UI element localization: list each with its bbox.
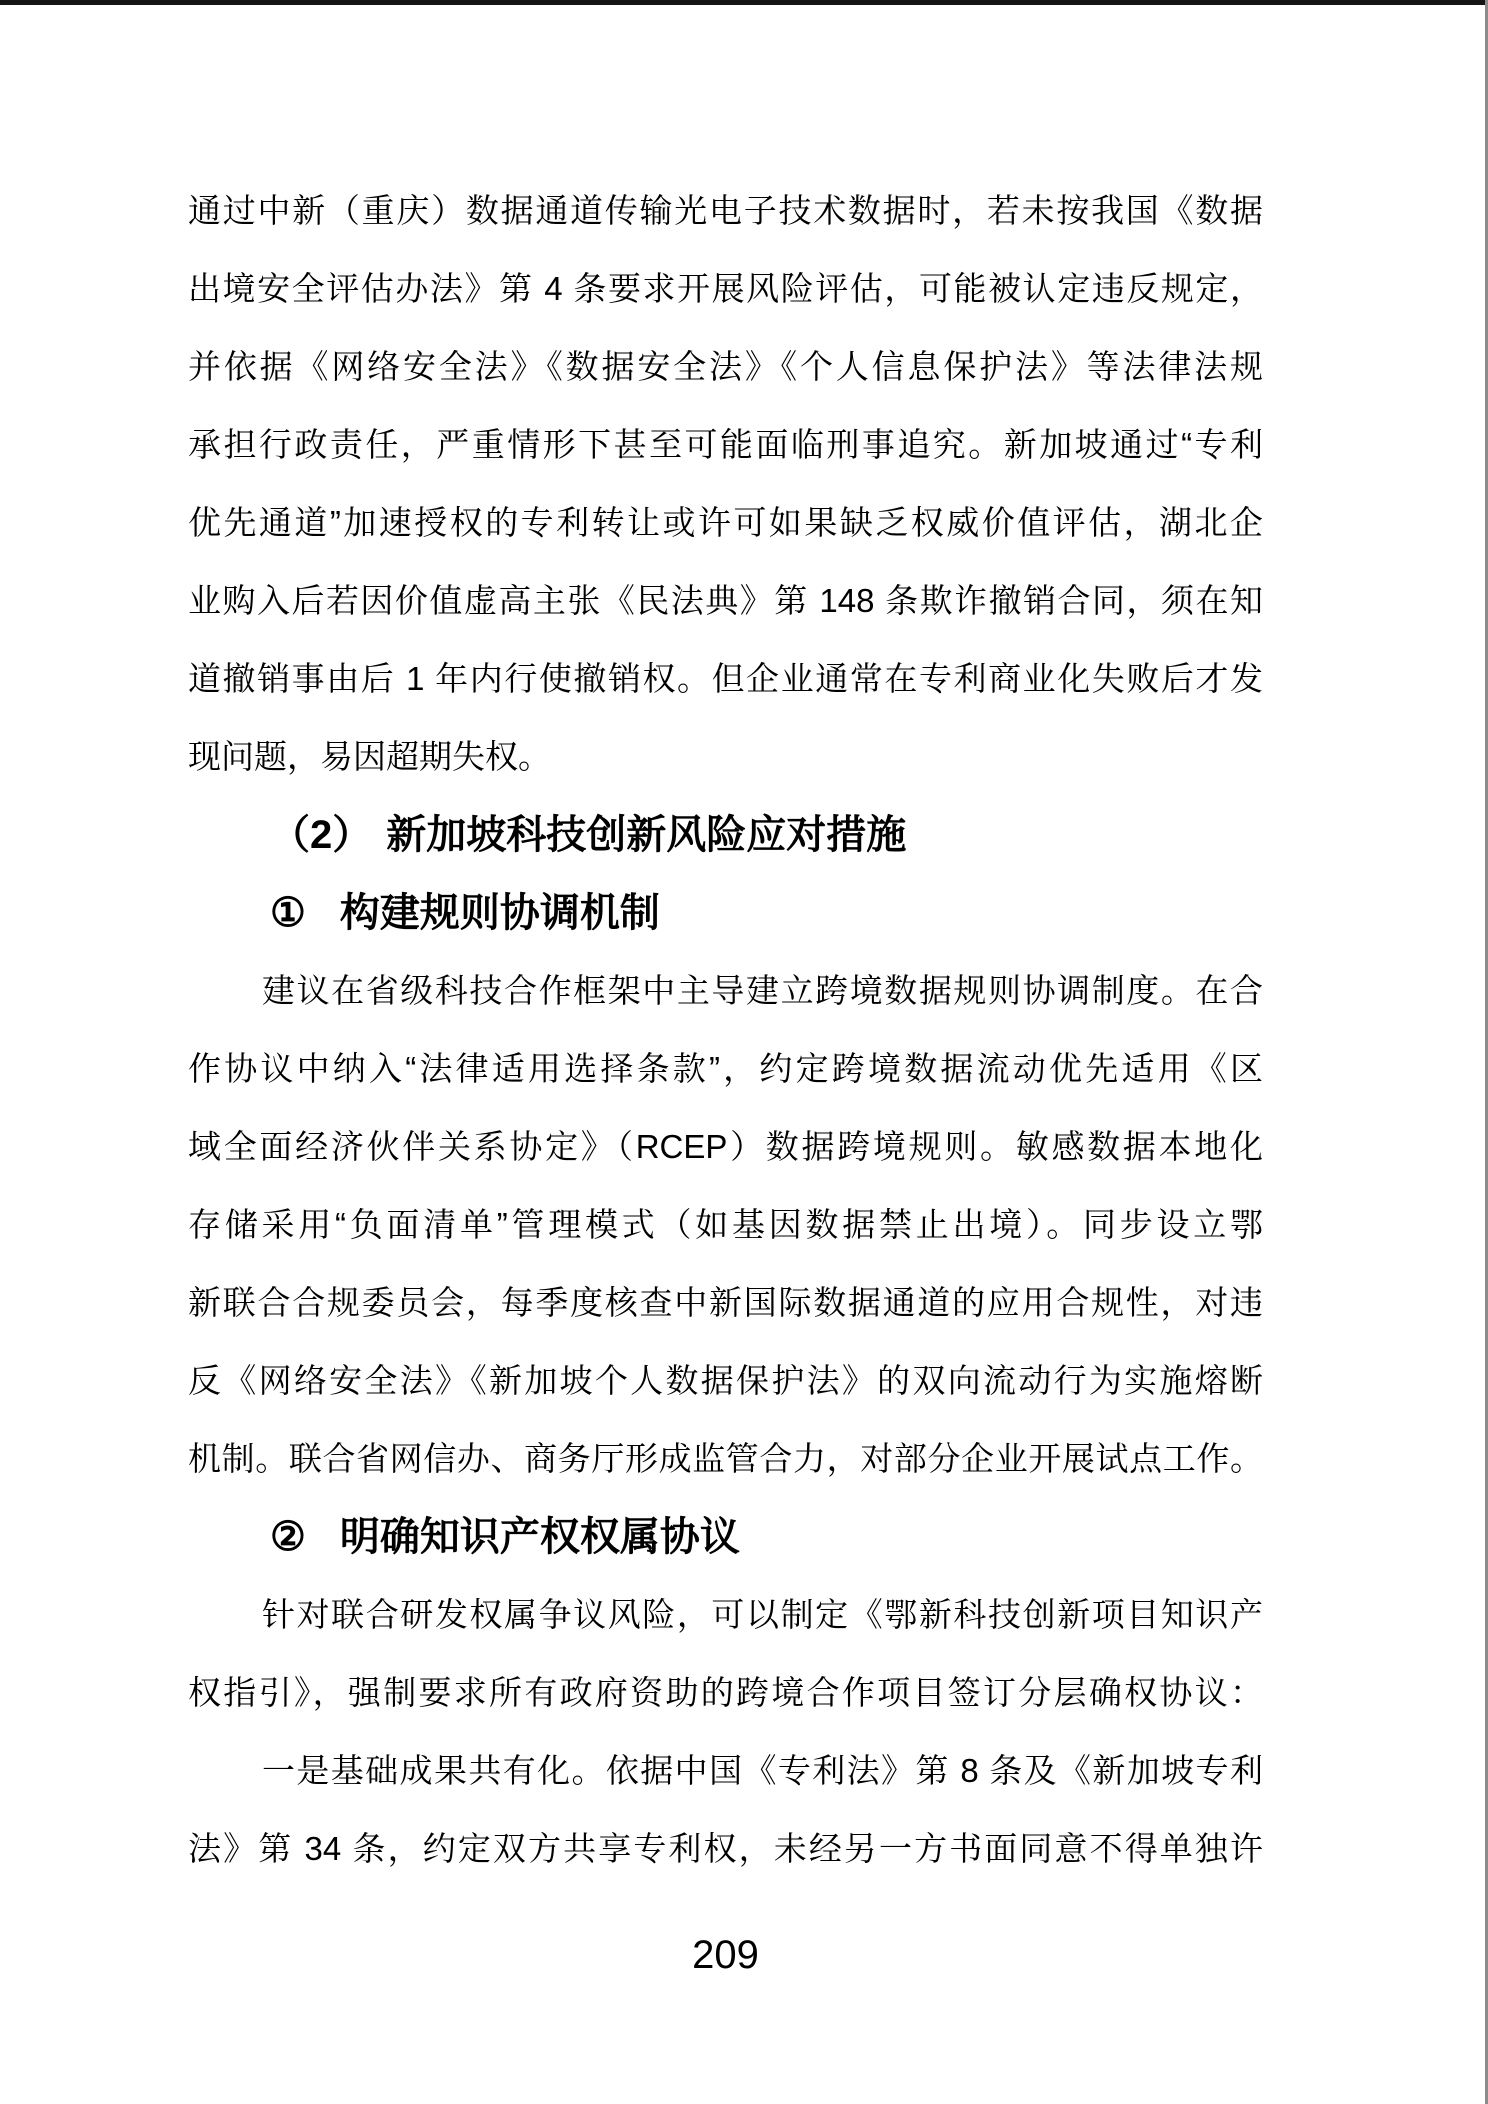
page-top-border bbox=[0, 0, 1488, 5]
text-line: 道撤销事由后 1 年内行使撤销权。但企业通常在专利商业化失败后才发 bbox=[188, 640, 1263, 718]
text-line: 域全面经济伙伴关系协定》（RCEP）数据跨境规则。敏感数据本地化 bbox=[188, 1108, 1263, 1186]
text-line: 通过中新（重庆）数据通道传输光电子技术数据时，若未按我国《数据 bbox=[188, 172, 1263, 250]
heading-text: 构建规则协调机制 bbox=[340, 891, 660, 935]
text-line: 反《网络安全法》《新加坡个人数据保护法》的双向流动行为实施熔断 bbox=[188, 1342, 1263, 1420]
page-number: 209 bbox=[188, 1916, 1263, 1994]
text-line: 作协议中纳入“法律适用选择条款”，约定跨境数据流动优先适用《区 bbox=[188, 1030, 1263, 1108]
subsection-heading-2: ②明确知识产权权属协议 bbox=[188, 1498, 1263, 1576]
section-heading-2: （2）新加坡科技创新风险应对措施 bbox=[188, 796, 1263, 874]
text-line: 业购入后若因价值虚高主张《民法典》第 148 条欺诈撤销合同，须在知 bbox=[188, 562, 1263, 640]
heading-marker: （2） bbox=[270, 813, 372, 857]
text-line: 建议在省级科技合作框架中主导建立跨境数据规则协调制度。在合 bbox=[188, 952, 1263, 1030]
text-line: 新联合合规委员会，每季度核查中新国际数据通道的应用合规性，对违 bbox=[188, 1264, 1263, 1342]
text-line: 出境安全评估办法》第 4 条要求开展风险评估，可能被认定违反规定， bbox=[188, 250, 1263, 328]
heading-marker-circled-2: ② bbox=[270, 1515, 306, 1559]
text-line: 法》第 34 条，约定双方共享专利权，未经另一方书面同意不得单独许 bbox=[188, 1810, 1263, 1888]
heading-marker-circled-1: ① bbox=[270, 891, 306, 935]
text-block: 通过中新（重庆）数据通道传输光电子技术数据时，若未按我国《数据 出境安全评估办法… bbox=[188, 172, 1263, 1888]
text-line: 机制。联合省网信办、商务厅形成监管合力，对部分企业开展试点工作。 bbox=[188, 1420, 1263, 1498]
text-line: 权指引》，强制要求所有政府资助的跨境合作项目签订分层确权协议： bbox=[188, 1654, 1263, 1732]
subsection-heading-1: ①构建规则协调机制 bbox=[188, 874, 1263, 952]
heading-text: 新加坡科技创新风险应对措施 bbox=[386, 813, 906, 857]
text-line: 现问题，易因超期失权。 bbox=[188, 718, 1263, 796]
text-line: 承担行政责任，严重情形下甚至可能面临刑事追究。新加坡通过“专利 bbox=[188, 406, 1263, 484]
heading-text: 明确知识产权权属协议 bbox=[340, 1515, 740, 1559]
document-page: 通过中新（重庆）数据通道传输光电子技术数据时，若未按我国《数据 出境安全评估办法… bbox=[0, 0, 1488, 2104]
text-line: 优先通道”加速授权的专利转让或许可如果缺乏权威价值评估，湖北企 bbox=[188, 484, 1263, 562]
text-line: 针对联合研发权属争议风险，可以制定《鄂新科技创新项目知识产 bbox=[188, 1576, 1263, 1654]
text-line: 一是基础成果共有化。依据中国《专利法》第 8 条及《新加坡专利 bbox=[188, 1732, 1263, 1810]
text-line: 并依据《网络安全法》《数据安全法》《个人信息保护法》等法律法规 bbox=[188, 328, 1263, 406]
text-line: 存储采用“负面清单”管理模式（如基因数据禁止出境）。同步设立鄂 bbox=[188, 1186, 1263, 1264]
